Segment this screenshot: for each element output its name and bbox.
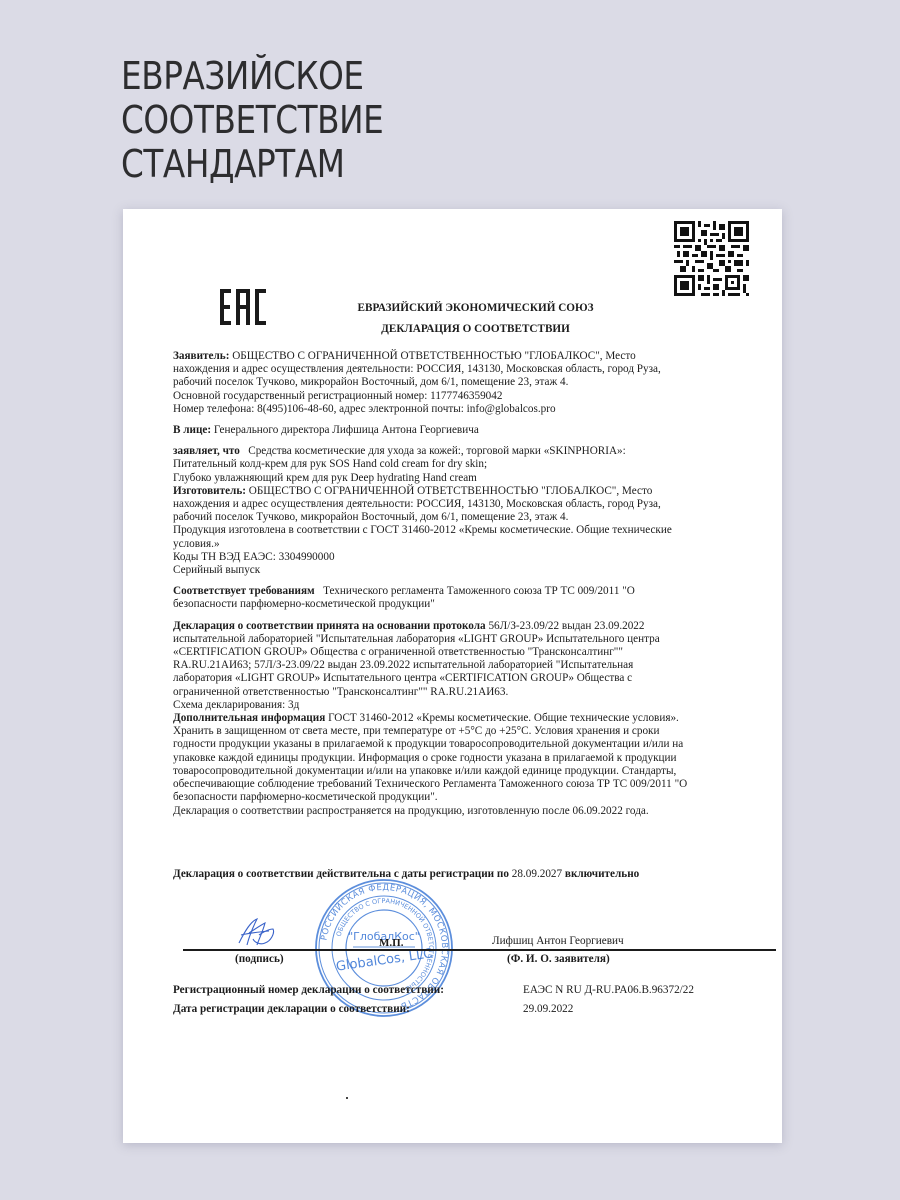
applicant-name: Лифшиц Антон Георгиевич <box>492 935 624 948</box>
registration-number-value: ЕАЭС N RU Д-RU.PA06.B.96372/22 <box>523 984 694 997</box>
registration-number-label: Регистрационный номер декларации о соотв… <box>173 984 444 997</box>
validity-statement: Декларация о соответствии действительна … <box>173 868 753 881</box>
applicant-line: рабочий поселок Тучково, микрорайон Вост… <box>173 376 748 389</box>
declares-section: заявляет, что Средства косметические для… <box>173 445 748 485</box>
additional-info-section: Дополнительная информация ГОСТ 31460-201… <box>173 712 748 818</box>
manufacturer-line: нахождения и адрес осуществления деятель… <box>173 498 748 511</box>
basis-line: 56Л/З-23.09/22 выдан 23.09.2022 <box>486 620 645 632</box>
basis-section: Декларация о соответствии принята на осн… <box>173 620 748 712</box>
tn-ved-codes: Коды ТН ВЭД ЕАЭС: 3304990000 <box>173 551 748 564</box>
signature-icon <box>235 915 281 949</box>
manufacturer-line: рабочий поселок Тучково, микрорайон Вост… <box>173 511 748 524</box>
additional-info-line: ГОСТ 31460-2012 «Кремы косметические. Об… <box>325 712 679 724</box>
declaration-scheme: Схема декларирования: 3д <box>173 699 748 712</box>
basis-line: лаборатория «LIGHT GROUP» Испытательного… <box>173 672 748 685</box>
release-type: Серийный выпуск <box>173 564 748 577</box>
additional-info-line: Декларация о соответствии распространяет… <box>173 805 748 818</box>
applicant-label: Заявитель: <box>173 350 229 362</box>
headline-line-2: СООТВЕТСТВИЕ <box>121 98 383 142</box>
product-line: Глубоко увлажняющий крем для рук Deep hy… <box>173 472 748 485</box>
manufacturer-section: Изготовитель: ОБЩЕСТВО С ОГРАНИЧЕННОЙ ОТ… <box>173 485 748 525</box>
additional-info-label: Дополнительная информация <box>173 712 325 724</box>
represented-by: В лице: Генерального директора Лифшица А… <box>173 424 748 437</box>
product-line: Питательный колд-крем для рук SOS Hand c… <box>173 458 748 471</box>
headline-line-1: ЕВРАЗИЙСКОЕ <box>121 54 383 98</box>
represented-by-label: В лице: <box>173 424 211 436</box>
declaration-body: Заявитель: ОБЩЕСТВО С ОГРАНИЧЕННОЙ ОТВЕТ… <box>173 350 748 818</box>
headline-line-3: СТАНДАРТАМ <box>121 142 383 186</box>
compliance-line: Технического регламента Таможенного союз… <box>315 585 635 597</box>
registration-date-label: Дата регистрации декларации о соответств… <box>173 1003 410 1016</box>
applicant-line: ОБЩЕСТВО С ОГРАНИЧЕННОЙ ОТВЕТСТВЕННОСТЬЮ… <box>229 350 635 362</box>
applicant-section: Заявитель: ОБЩЕСТВО С ОГРАНИЧЕННОЙ ОТВЕТ… <box>173 350 748 416</box>
additional-info-line: безопасности парфюмерно-косметической пр… <box>173 791 748 804</box>
basis-line: «CERTIFICATION GROUP» Общества с огранич… <box>173 646 748 659</box>
basis-line: RA.RU.21АИ63; 57Л/З-23.09/22 выдан 23.09… <box>173 659 748 672</box>
additional-info-line: годности продукции указаны в прилагаемой… <box>173 738 748 751</box>
additional-info-line: товаросопроводительной документации и/ил… <box>173 765 748 778</box>
union-title: ЕВРАЗИЙСКИЙ ЭКОНОМИЧЕСКИЙ СОЮЗ <box>173 302 738 315</box>
additional-info-line: обеспечивающие соблюдение требований Тех… <box>173 778 748 791</box>
applicant-name-label: (Ф. И. О. заявителя) <box>507 953 610 966</box>
production-line: Продукция изготовлена в соответствии с Г… <box>173 524 748 537</box>
production-line: условия.» <box>173 538 748 551</box>
declares-label: заявляет, что <box>173 445 240 457</box>
registration-date-value: 29.09.2022 <box>523 1003 573 1016</box>
qr-code-icon[interactable] <box>674 221 749 296</box>
production-section: Продукция изготовлена в соответствии с Г… <box>173 524 748 577</box>
headline: ЕВРАЗИЙСКОЕ СООТВЕТСТВИЕ СТАНДАРТАМ <box>121 54 383 186</box>
basis-label: Декларация о соответствии принята на осн… <box>173 620 486 632</box>
declaration-title: ДЕКЛАРАЦИЯ О СООТВЕТСТВИИ <box>173 323 738 336</box>
validity-suffix: включительно <box>562 868 639 880</box>
compliance-label: Соответствует требованиям <box>173 585 315 597</box>
stamp-place-label: М.П. <box>379 937 403 950</box>
additional-info-line: упаковке каждой единицы продукции. Инфор… <box>173 752 748 765</box>
declaration-document: ЕВРАЗИЙСКИЙ ЭКОНОМИЧЕСКИЙ СОЮЗ ДЕКЛАРАЦИ… <box>123 209 782 1143</box>
signature-label: (подпись) <box>235 953 284 966</box>
additional-info-line: Хранить в защищенном от света месте, при… <box>173 725 748 738</box>
validity-date: 28.09.2027 <box>512 868 562 880</box>
compliance-section: Соответствует требованиям Технического р… <box>173 585 748 611</box>
product-line: Средства косметические для ухода за коже… <box>240 445 626 457</box>
manufacturer-line: ОБЩЕСТВО С ОГРАНИЧЕННОЙ ОТВЕТСТВЕННОСТЬЮ… <box>246 485 652 497</box>
stray-mark <box>346 1097 348 1099</box>
basis-line: ограниченной ответственностью "Трансконс… <box>173 686 748 699</box>
applicant-ogrn: Основной государственный регистрационный… <box>173 390 748 403</box>
signature-line <box>183 949 776 951</box>
basis-line: испытательной лабораторией "Испытательна… <box>173 633 748 646</box>
manufacturer-label: Изготовитель: <box>173 485 246 497</box>
compliance-line: безопасности парфюмерно-косметической пр… <box>173 598 748 611</box>
represented-by-value: Генерального директора Лифшица Антона Ге… <box>211 424 479 436</box>
applicant-line: нахождения и адрес осуществления деятель… <box>173 363 748 376</box>
applicant-contacts: Номер телефона: 8(495)106-48-60, адрес э… <box>173 403 748 416</box>
